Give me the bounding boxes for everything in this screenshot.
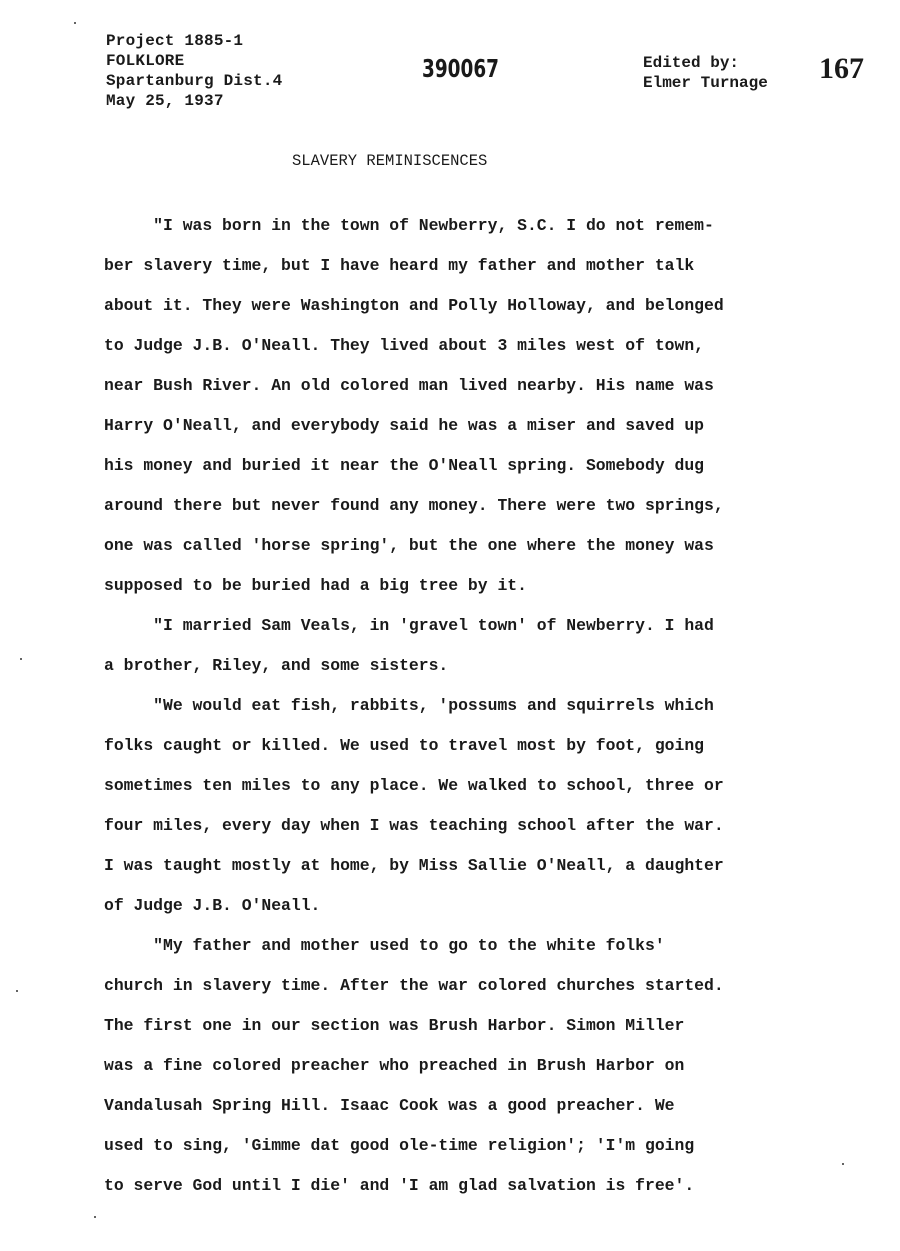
editor-name: Elmer Turnage bbox=[643, 73, 768, 93]
body-line: about it. They were Washington and Polly… bbox=[104, 286, 844, 326]
body-line: near Bush River. An old colored man live… bbox=[104, 366, 844, 406]
document-number-stamp: 390067 bbox=[422, 54, 499, 83]
body-line: a brother, Riley, and some sisters. bbox=[104, 646, 844, 686]
document-date: May 25, 1937 bbox=[106, 91, 282, 111]
body-line: Harry O'Neall, and everybody said he was… bbox=[104, 406, 844, 446]
page-number: 167 bbox=[819, 52, 864, 86]
scan-speck bbox=[74, 22, 76, 24]
collection-label: FOLKLORE bbox=[106, 51, 282, 71]
editor-block: Edited by: Elmer Turnage bbox=[643, 53, 768, 93]
body-line: around there but never found any money. … bbox=[104, 486, 844, 526]
body-line: "I was born in the town of Newberry, S.C… bbox=[104, 206, 844, 246]
body-line: "We would eat fish, rabbits, 'possums an… bbox=[104, 686, 844, 726]
project-info-block: Project 1885-1 FOLKLORE Spartanburg Dist… bbox=[106, 31, 282, 111]
editor-label: Edited by: bbox=[643, 53, 768, 73]
body-line: "I married Sam Veals, in 'gravel town' o… bbox=[104, 606, 844, 646]
body-line: four miles, every day when I was teachin… bbox=[104, 806, 844, 846]
body-line: to serve God until I die' and 'I am glad… bbox=[104, 1166, 844, 1206]
district-label: Spartanburg Dist.4 bbox=[106, 71, 282, 91]
body-line: Vandalusah Spring Hill. Isaac Cook was a… bbox=[104, 1086, 844, 1126]
body-line: I was taught mostly at home, by Miss Sal… bbox=[104, 846, 844, 886]
body-line: "My father and mother used to go to the … bbox=[104, 926, 844, 966]
body-line: used to sing, 'Gimme dat good ole-time r… bbox=[104, 1126, 844, 1166]
body-line: church in slavery time. After the war co… bbox=[104, 966, 844, 1006]
document-page: Project 1885-1 FOLKLORE Spartanburg Dist… bbox=[0, 0, 900, 1251]
body-line: ber slavery time, but I have heard my fa… bbox=[104, 246, 844, 286]
scan-speck bbox=[16, 990, 18, 992]
document-body: "I was born in the town of Newberry, S.C… bbox=[104, 206, 844, 1206]
body-line: one was called 'horse spring', but the o… bbox=[104, 526, 844, 566]
body-line: his money and buried it near the O'Neall… bbox=[104, 446, 844, 486]
body-line: to Judge J.B. O'Neall. They lived about … bbox=[104, 326, 844, 366]
project-number: Project 1885-1 bbox=[106, 31, 282, 51]
body-line: supposed to be buried had a big tree by … bbox=[104, 566, 844, 606]
body-line: The first one in our section was Brush H… bbox=[104, 1006, 844, 1046]
body-line: was a fine colored preacher who preached… bbox=[104, 1046, 844, 1086]
body-line: folks caught or killed. We used to trave… bbox=[104, 726, 844, 766]
document-title: SLAVERY REMINISCENCES bbox=[292, 152, 487, 170]
scan-speck bbox=[94, 1216, 96, 1218]
scan-speck bbox=[20, 658, 22, 660]
body-line: sometimes ten miles to any place. We wal… bbox=[104, 766, 844, 806]
body-line: of Judge J.B. O'Neall. bbox=[104, 886, 844, 926]
scan-speck bbox=[842, 1163, 844, 1165]
